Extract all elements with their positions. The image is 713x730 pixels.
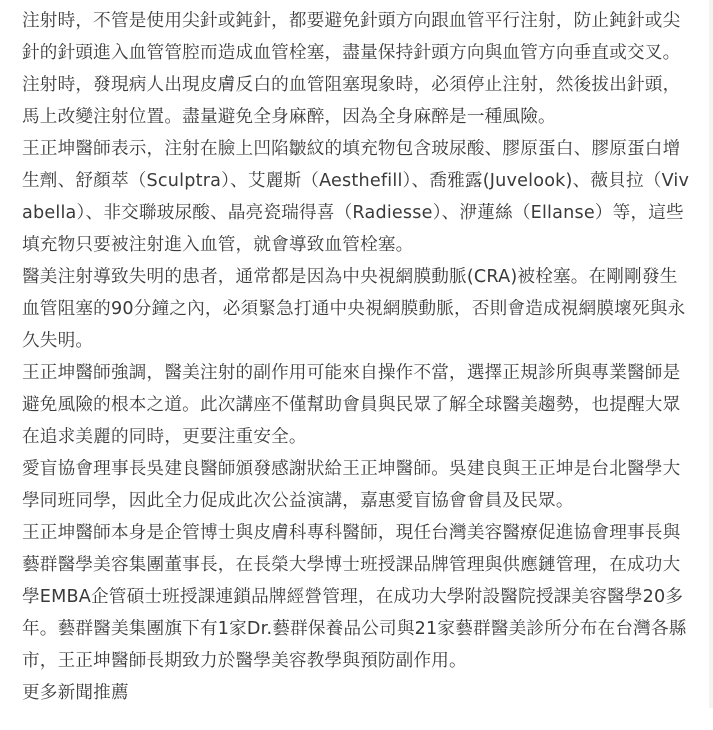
paragraph-injection-technique: 注射時，不管是使用尖針或鈍針，都要避免針頭方向跟血管平行注射，防止鈍針或尖針的針… — [22, 5, 694, 133]
paragraph-award: 愛盲協會理事長吳建良醫師頒發感謝狀給王正坤醫師。吳建良與王正坤是台北醫學大學同班… — [22, 453, 694, 517]
paragraph-safety-emphasis: 王正坤醫師強調，醫美注射的副作用可能來自操作不當，選擇正規診所與專業醫師是避免風… — [22, 357, 694, 453]
more-news-link[interactable]: 更多新聞推薦 — [22, 677, 694, 709]
scrollbar-track[interactable] — [709, 0, 713, 708]
paragraph-fillers: 王正坤醫師表示，注射在臉上凹陷皺紋的填充物包含玻尿酸、膠原蛋白、膠原蛋白增生劑、… — [22, 133, 694, 261]
article-body: 注射時，不管是使用尖針或鈍針，都要避免針頭方向跟血管平行注射，防止鈍針或尖針的針… — [22, 5, 694, 709]
paragraph-doctor-bio: 王正坤醫師本身是企管博士與皮膚科專科醫師，現任台灣美容醫療促進協會理事長與藝群醫… — [22, 517, 694, 677]
paragraph-blindness-cra: 醫美注射導致失明的患者，通常都是因為中央視網膜動脈(CRA)被栓塞。在剛剛發生血… — [22, 261, 694, 357]
